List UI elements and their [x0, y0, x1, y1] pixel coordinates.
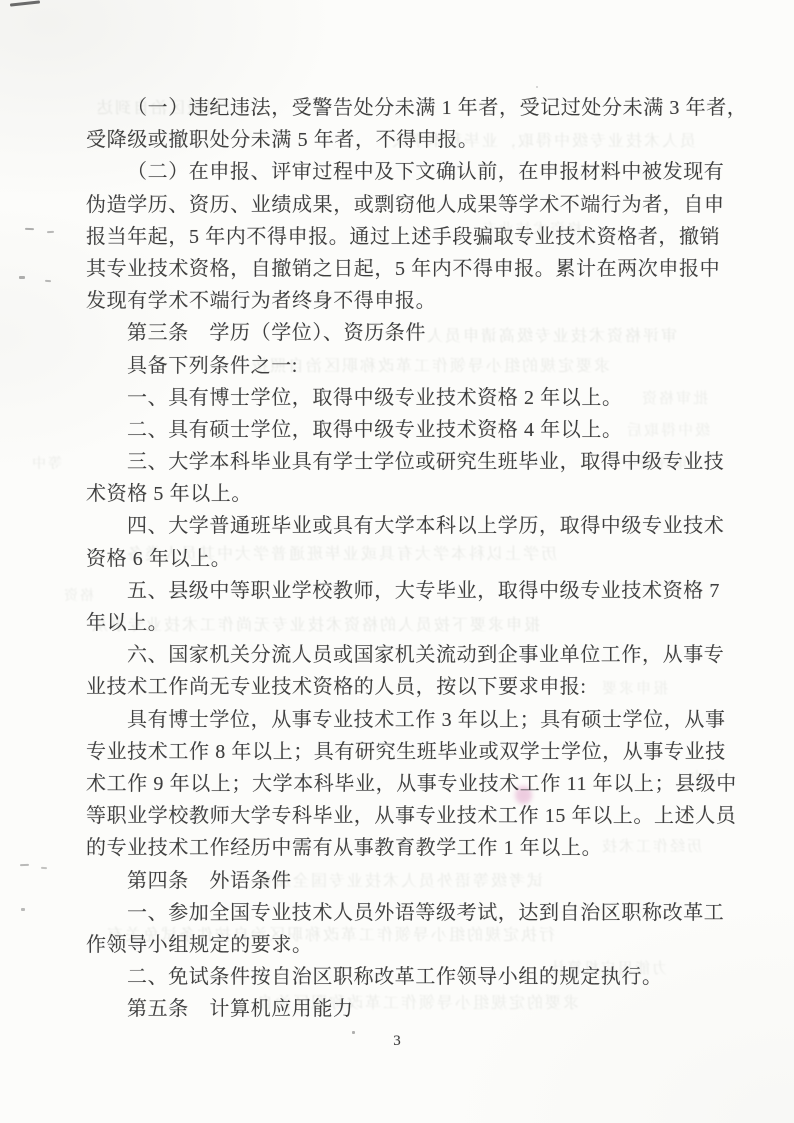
text-line: 第五条 计算机应用能力 — [86, 993, 754, 1025]
text-line: 具有博士学位，从事专业技术工作 3 年以上；具有硕士学位，从事 — [86, 704, 754, 736]
scan-speck — [536, 86, 538, 88]
text-line: 六、国家机关分流人员或国家机关流动到企事业单位工作，从事专 — [86, 639, 754, 671]
text-line: 三、大学本科毕业具有学士学位或研究生班毕业，取得中级专业技 — [86, 446, 754, 478]
text-line: 一、参加全国专业技术人员外语等级考试，达到自治区职称改革工 — [86, 897, 754, 929]
text-line: 年以上。 — [86, 607, 754, 639]
scan-speck — [21, 908, 25, 911]
text-line: 第四条 外语条件 — [86, 865, 754, 897]
text-line: （二）在申报、评审过程中及下文确认前，在申报材料中被发现有 — [86, 156, 754, 188]
text-line: 术工作 9 年以上；大学本科毕业，从事专业技术工作 11 年以上；县级中 — [86, 768, 754, 800]
text-line: 二、具有硕士学位，取得中级专业技术资格 4 年以上。 — [86, 414, 754, 446]
scan-speck — [20, 864, 29, 866]
text-line: 四、大学普通班毕业或具有大学本科以上学历，取得中级专业技术 — [86, 510, 754, 542]
text-line: 作领导小组规定的要求。 — [86, 929, 754, 961]
scanned-page: 科级区治自到达 员人术技业专级中得取，业毕科本学大 格资术技业专 审评格资术技业… — [0, 0, 794, 1123]
text-line: 其专业技术资格，自撤销之日起，5 年内不得申报。累计在两次申报中 — [86, 253, 754, 285]
text-line: 术资格 5 年以上。 — [86, 478, 754, 510]
text-line: 资格 6 年以上。 — [86, 543, 754, 575]
scan-speck — [47, 231, 54, 233]
document-body: （一）违纪违法，受警告处分未满 1 年者，受记过处分未满 3 年者， 受降级或撤… — [86, 92, 754, 1025]
scan-speck — [45, 280, 51, 282]
text-line: 受降级或撤职处分未满 5 年者，不得申报。 — [86, 124, 754, 156]
scan-speck — [41, 867, 47, 869]
scan-speck — [10, 0, 40, 6]
text-line: 一、具有博士学位，取得中级专业技术资格 2 年以上。 — [86, 382, 754, 414]
scan-speck — [25, 228, 34, 230]
scan-speck — [19, 276, 25, 279]
text-line: 发现有学术不端行为者终身不得申报。 — [86, 285, 754, 317]
text-line: 伪造学历、资历、业绩成果，或剽窃他人成果等学术不端行为者，自申 — [86, 189, 754, 221]
page-number: 3 — [0, 1033, 794, 1050]
text-line: 五、县级中等职业学校教师，大专毕业，取得中级专业技术资格 7 — [86, 575, 754, 607]
text-line: （一）违纪违法，受警告处分未满 1 年者，受记过处分未满 3 年者， — [86, 92, 754, 124]
text-line: 专业技术工作 8 年以上；具有研究生班毕业或双学士学位，从事专业技 — [86, 736, 754, 768]
bleedthrough-text: 等中 — [30, 458, 62, 472]
text-line: 的专业技术工作经历中需有从事教育教学工作 1 年以上。 — [86, 832, 754, 864]
text-line: 业技术工作尚无专业技术资格的人员，按以下要求申报: — [86, 671, 754, 703]
text-line: 具备下列条件之一: — [86, 350, 754, 382]
text-line: 第三条 学历（学位）、资历条件 — [86, 317, 754, 349]
text-line: 报当年起，5 年内不得申报。通过上述手段骗取专业技术资格者，撤销 — [86, 221, 754, 253]
text-line: 等职业学校教师大学专科毕业，从事专业技术工作 15 年以上。上述人员 — [86, 800, 754, 832]
text-line: 二、免试条件按自治区职称改革工作领导小组的规定执行。 — [86, 961, 754, 993]
